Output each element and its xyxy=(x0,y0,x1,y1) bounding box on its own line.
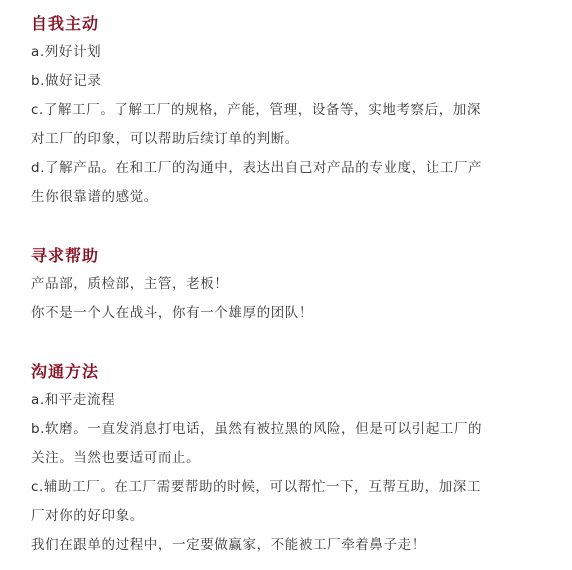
text-line: c.辅助工厂。在工厂需要帮助的时候，可以帮忙一下，互帮互助，加深工 xyxy=(31,473,551,502)
text-line: 你不是一个人在战斗，你有一个雄厚的团队！ xyxy=(31,299,551,328)
text-line: 厂对你的好印象。 xyxy=(31,502,551,531)
text-line: d.了解产品。在和工厂的沟通中，表达出自己对产品的专业度，让工厂产 xyxy=(31,154,551,183)
spacer xyxy=(31,212,551,241)
text-line: c.了解工厂。了解工厂的规格，产能，管理，设备等，实地考察后，加深 xyxy=(31,96,551,125)
text-line: a.列好计划 xyxy=(31,38,551,67)
section-heading: 寻求帮助 xyxy=(31,241,551,270)
text-line: b.做好记录 xyxy=(31,67,551,96)
section-heading: 自我主动 xyxy=(31,9,551,38)
text-line: b.软磨。一直发消息打电话，虽然有被拉黑的风险，但是可以引起工厂的 xyxy=(31,415,551,444)
text-line: a.和平走流程 xyxy=(31,386,551,415)
document-body: 自我主动 a.列好计划 b.做好记录 c.了解工厂。了解工厂的规格，产能，管理，… xyxy=(31,9,551,560)
section-communication-methods: 沟通方法 a.和平走流程 b.软磨。一直发消息打电话，虽然有被拉黑的风险，但是可… xyxy=(31,357,551,560)
text-line: 产品部，质检部，主管，老板！ xyxy=(31,270,551,299)
text-line: 关注。当然也要适可而止。 xyxy=(31,444,551,473)
spacer xyxy=(31,328,551,357)
text-line: 对工厂的印象，可以帮助后续订单的判断。 xyxy=(31,125,551,154)
section-self-initiative: 自我主动 a.列好计划 b.做好记录 c.了解工厂。了解工厂的规格，产能，管理，… xyxy=(31,9,551,212)
text-line: 生你很靠谱的感觉。 xyxy=(31,183,551,212)
section-seek-help: 寻求帮助 产品部，质检部，主管，老板！ 你不是一个人在战斗，你有一个雄厚的团队！ xyxy=(31,241,551,328)
text-line: 我们在跟单的过程中，一定要做赢家，不能被工厂牵着鼻子走！ xyxy=(31,531,551,560)
section-heading: 沟通方法 xyxy=(31,357,551,386)
